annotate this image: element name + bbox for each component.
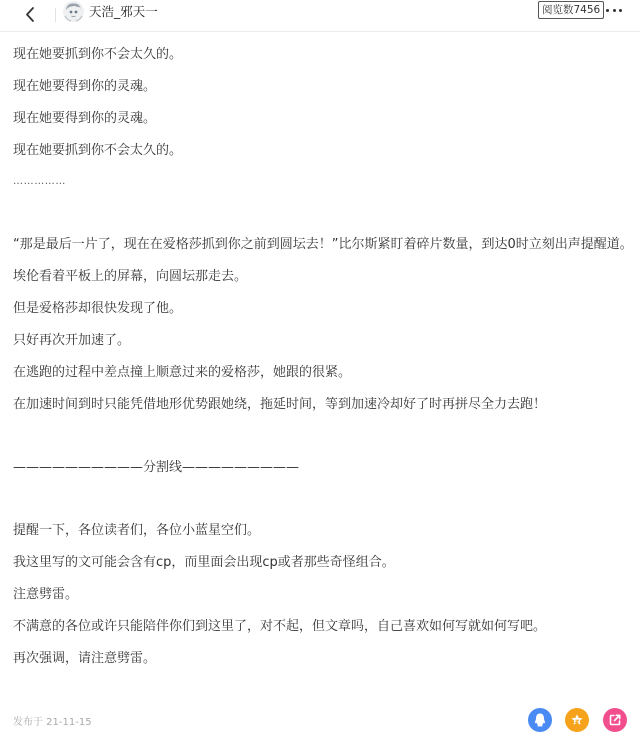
back-button[interactable] <box>20 4 42 26</box>
publish-date: 发布于 21-11-15 <box>13 713 92 728</box>
paragraph: 现在她要抓到你不会太久的。 <box>13 46 182 64</box>
avatar[interactable] <box>63 1 84 22</box>
more-dot-icon <box>619 9 622 12</box>
ellipsis-text: …………… <box>13 176 66 187</box>
paragraph: 提醒一下，各位读者们，各位小蓝星空们。 <box>13 522 260 540</box>
header-divider <box>55 8 56 22</box>
more-dot-icon <box>613 9 616 12</box>
paragraph: 现在她要得到你的灵魂。 <box>13 78 156 96</box>
qq-penguin-icon <box>528 708 552 732</box>
avatar-image-icon <box>63 1 84 22</box>
favorite-button[interactable] <box>565 708 589 732</box>
share-button[interactable] <box>603 708 627 732</box>
more-dot-icon <box>606 9 609 12</box>
paragraph: 在加速时间到时只能凭借地形优势跟她绕，拖延时间，等到加速冷却好了时再拼尽全力去跑… <box>13 396 546 414</box>
paragraph: 埃伦看着平板上的屏幕，向圆坛那走去。 <box>13 268 247 286</box>
author-name[interactable]: 天浩_邪天一 <box>89 4 158 20</box>
external-share-icon <box>603 708 627 732</box>
chevron-left-icon <box>20 4 42 26</box>
paragraph: 但是爱格莎却很快发现了他。 <box>13 300 182 318</box>
top-navigation-bar: 天浩_邪天一 阅览数7456 <box>0 0 640 32</box>
paragraph: 现在她要抓到你不会太久的。 <box>13 142 182 160</box>
paragraph: 只好再次开加速了。 <box>13 332 130 350</box>
paragraph: 再次强调，请注意劈雷。 <box>13 650 156 668</box>
paragraph: 不满意的各位或许只能陪伴你们到这里了，对不起，但文章吗，自己喜欢如何写就如何写吧… <box>13 618 546 636</box>
paragraph: 在逃跑的过程中差点撞上顺意过来的爱格莎，她跟的很紧。 <box>13 364 351 382</box>
paragraph: “那是最后一片了，现在在爱格莎抓到你之前到圆坛去！”比尔斯紧盯着碎片数量，到达0… <box>13 236 633 254</box>
views-count-badge: 阅览数7456 <box>538 1 604 19</box>
more-options-button[interactable] <box>603 2 625 18</box>
paragraph: 现在她要得到你的灵魂。 <box>13 110 156 128</box>
paragraph: 注意劈雷。 <box>13 586 78 604</box>
section-divider-text: ——————————分割线————————— <box>13 459 299 477</box>
star-icon <box>565 708 589 732</box>
paragraph: 我这里写的文可能会含有cp，而里面会出现cp或者那些奇怪组合。 <box>13 554 395 572</box>
qq-share-button[interactable] <box>528 708 552 732</box>
